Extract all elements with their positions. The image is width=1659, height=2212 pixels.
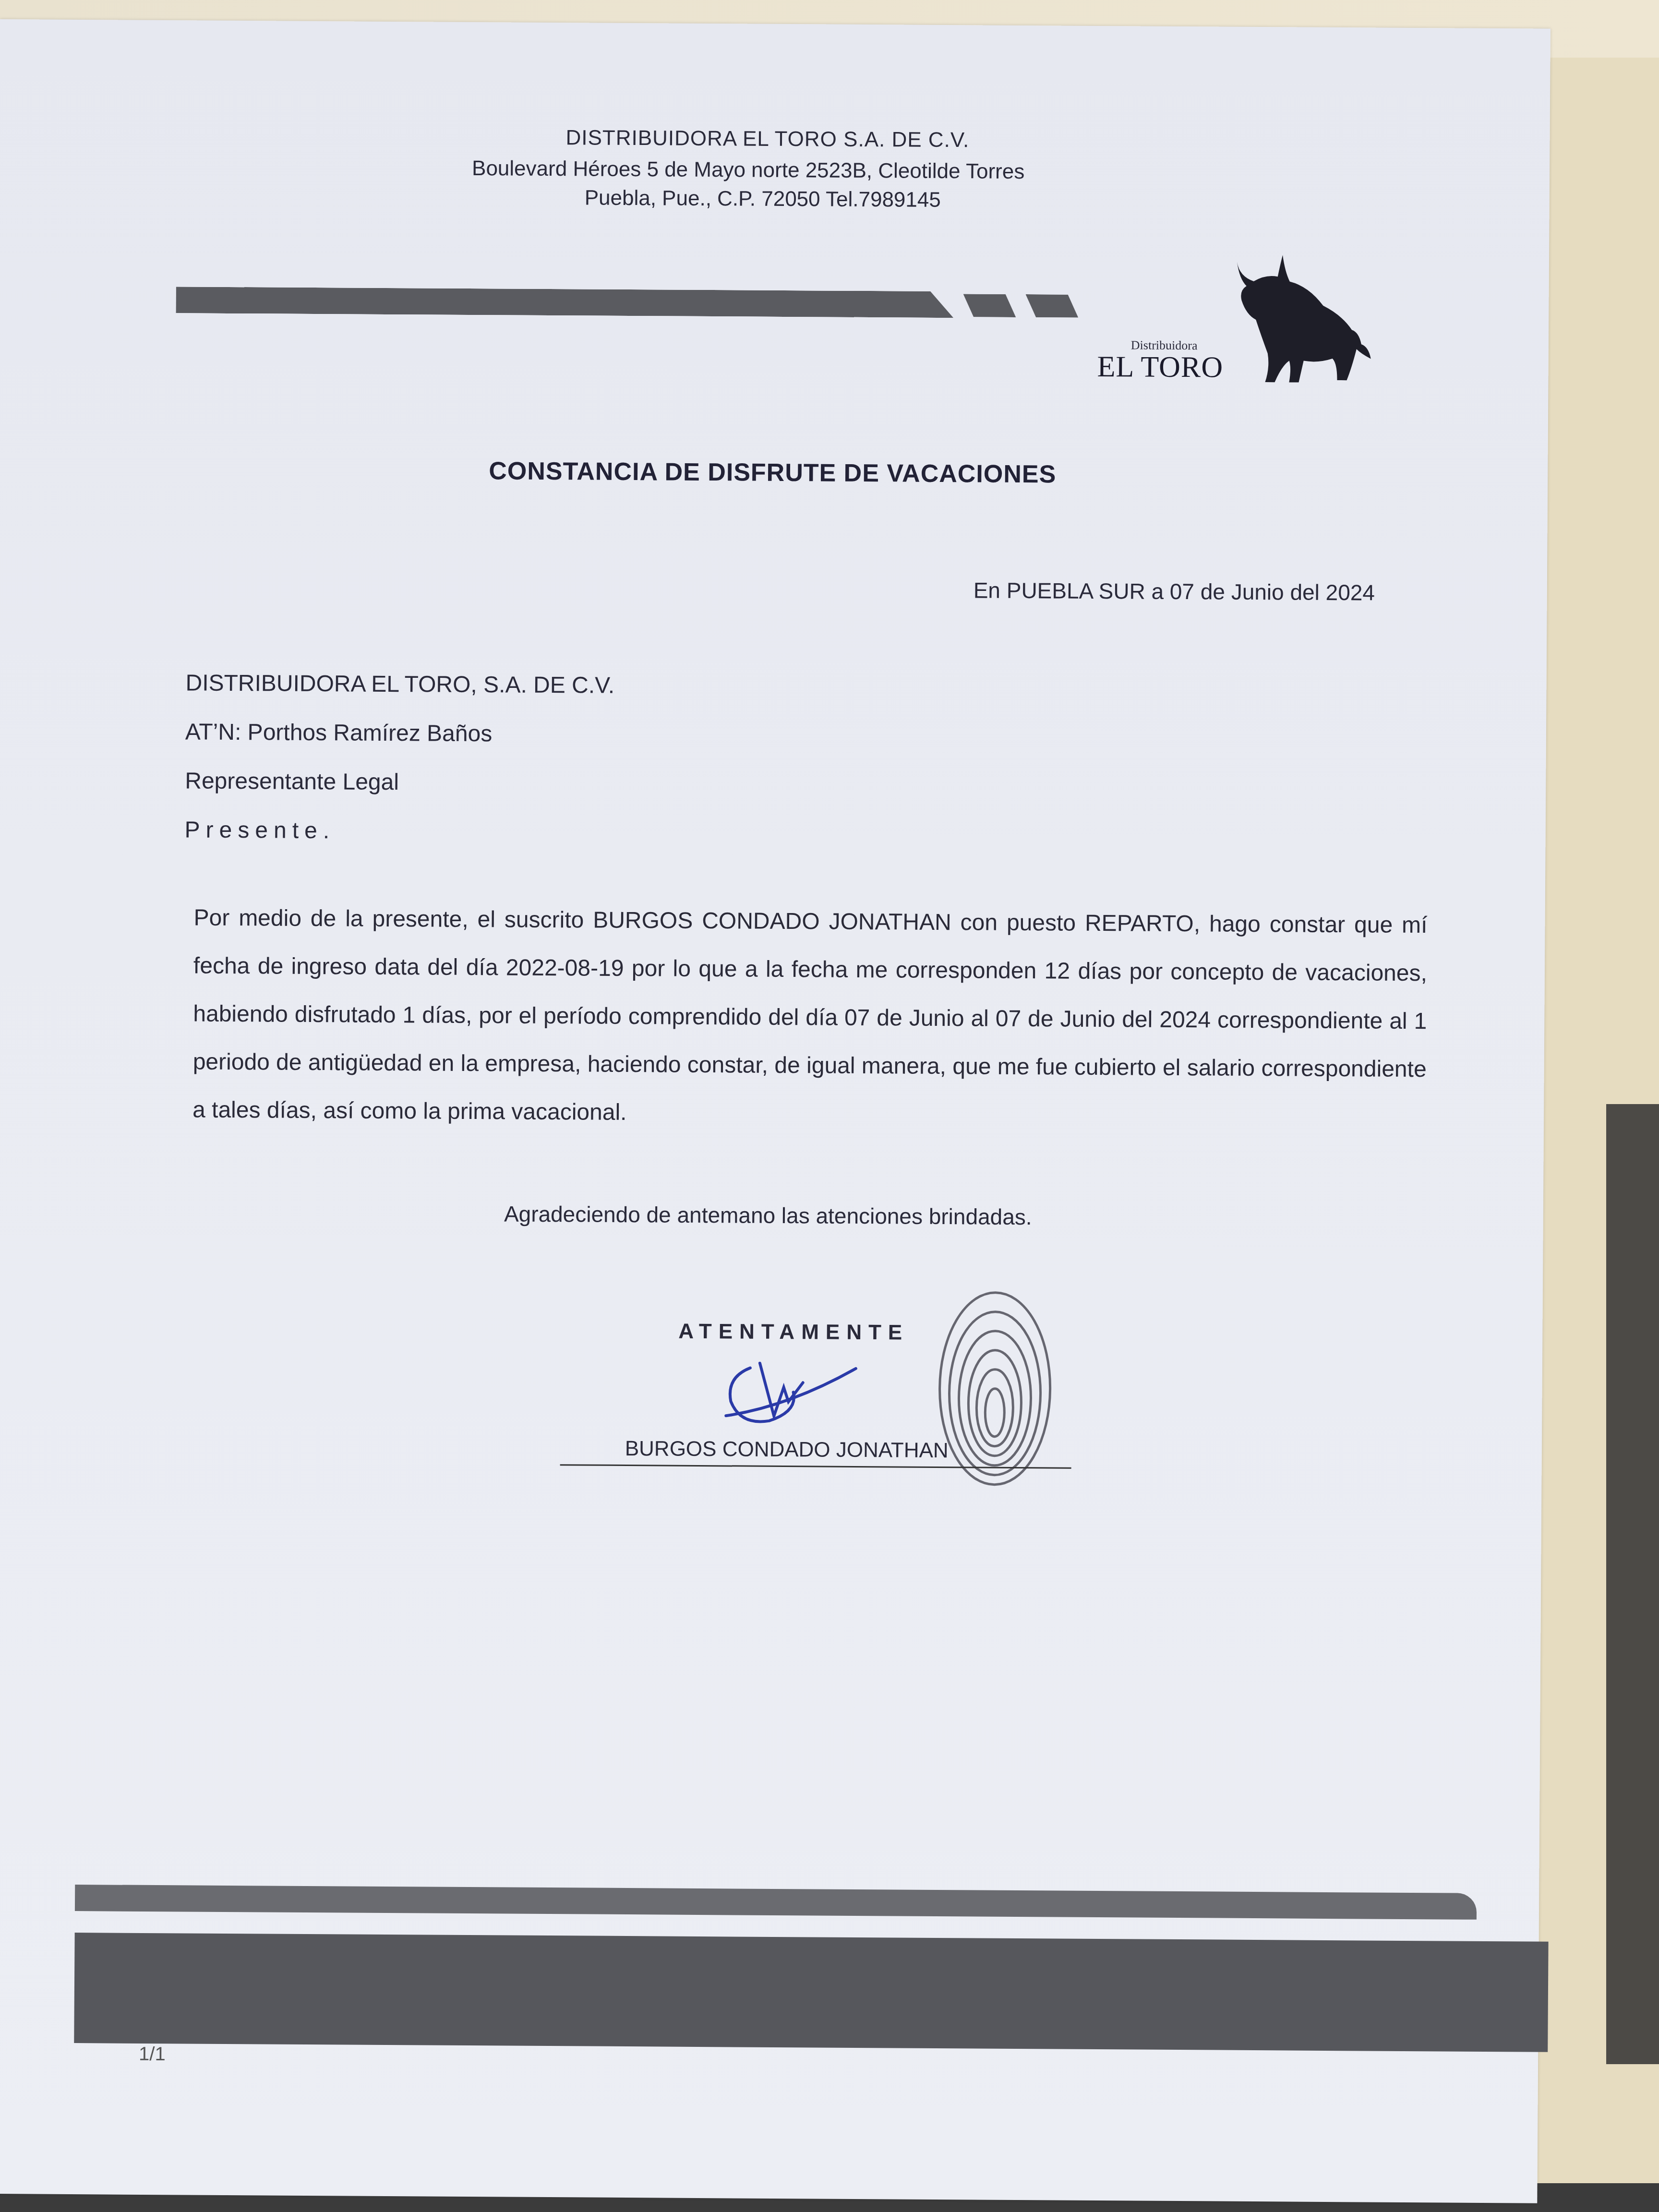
footer-decorative-band (74, 1933, 1548, 2052)
closing: ATENTAMENTE (678, 1320, 909, 1345)
header-company: DISTRIBUIDORA EL TORO S.A. DE C.V. (565, 126, 969, 152)
place-date: En PUEBLA SUR a 07 de Junio del 2024 (974, 577, 1375, 605)
body-paragraph: Por medio de la presente, el suscrito BU… (192, 894, 1428, 1142)
header-decorative-bar (176, 287, 953, 318)
logo-name: EL TORO (1097, 350, 1223, 385)
desk-background (1606, 1104, 1659, 2064)
fingerprint-icon (934, 1287, 1056, 1490)
header-decorative-block (1025, 294, 1078, 318)
company-logo: Distribuidora EL TORO (1097, 247, 1376, 388)
header-decorative-block (963, 294, 1016, 317)
signature-icon (721, 1348, 866, 1436)
header-address-line2: Puebla, Pue., C.P. 72050 Tel.7989145 (585, 186, 941, 212)
thanks-line: Agradeciendo de antemano las atenciones … (0, 1198, 1543, 1233)
footer-decorative-bar (75, 1885, 1477, 1920)
recipient-role: Representante Legal (185, 757, 614, 808)
document-page: DISTRIBUIDORA EL TORO S.A. DE C.V. Boule… (0, 19, 1551, 2203)
page-number: 1/1 (139, 2044, 166, 2065)
header-address-line1: Boulevard Héroes 5 de Mayo norte 2523B, … (472, 156, 1024, 184)
recipient-company: DISTRIBUIDORA EL TORO, S.A. DE C.V. (185, 659, 614, 710)
recipient-presente: Presente. (184, 805, 613, 857)
document-title: CONSTANCIA DE DISFRUTE DE VACACIONES (0, 454, 1548, 492)
recipient-block: DISTRIBUIDORA EL TORO, S.A. DE C.V. AT’N… (184, 659, 614, 857)
signer-name: BURGOS CONDADO JONATHAN (625, 1437, 949, 1463)
recipient-attn: AT’N: Porthos Ramírez Baños (185, 708, 614, 759)
